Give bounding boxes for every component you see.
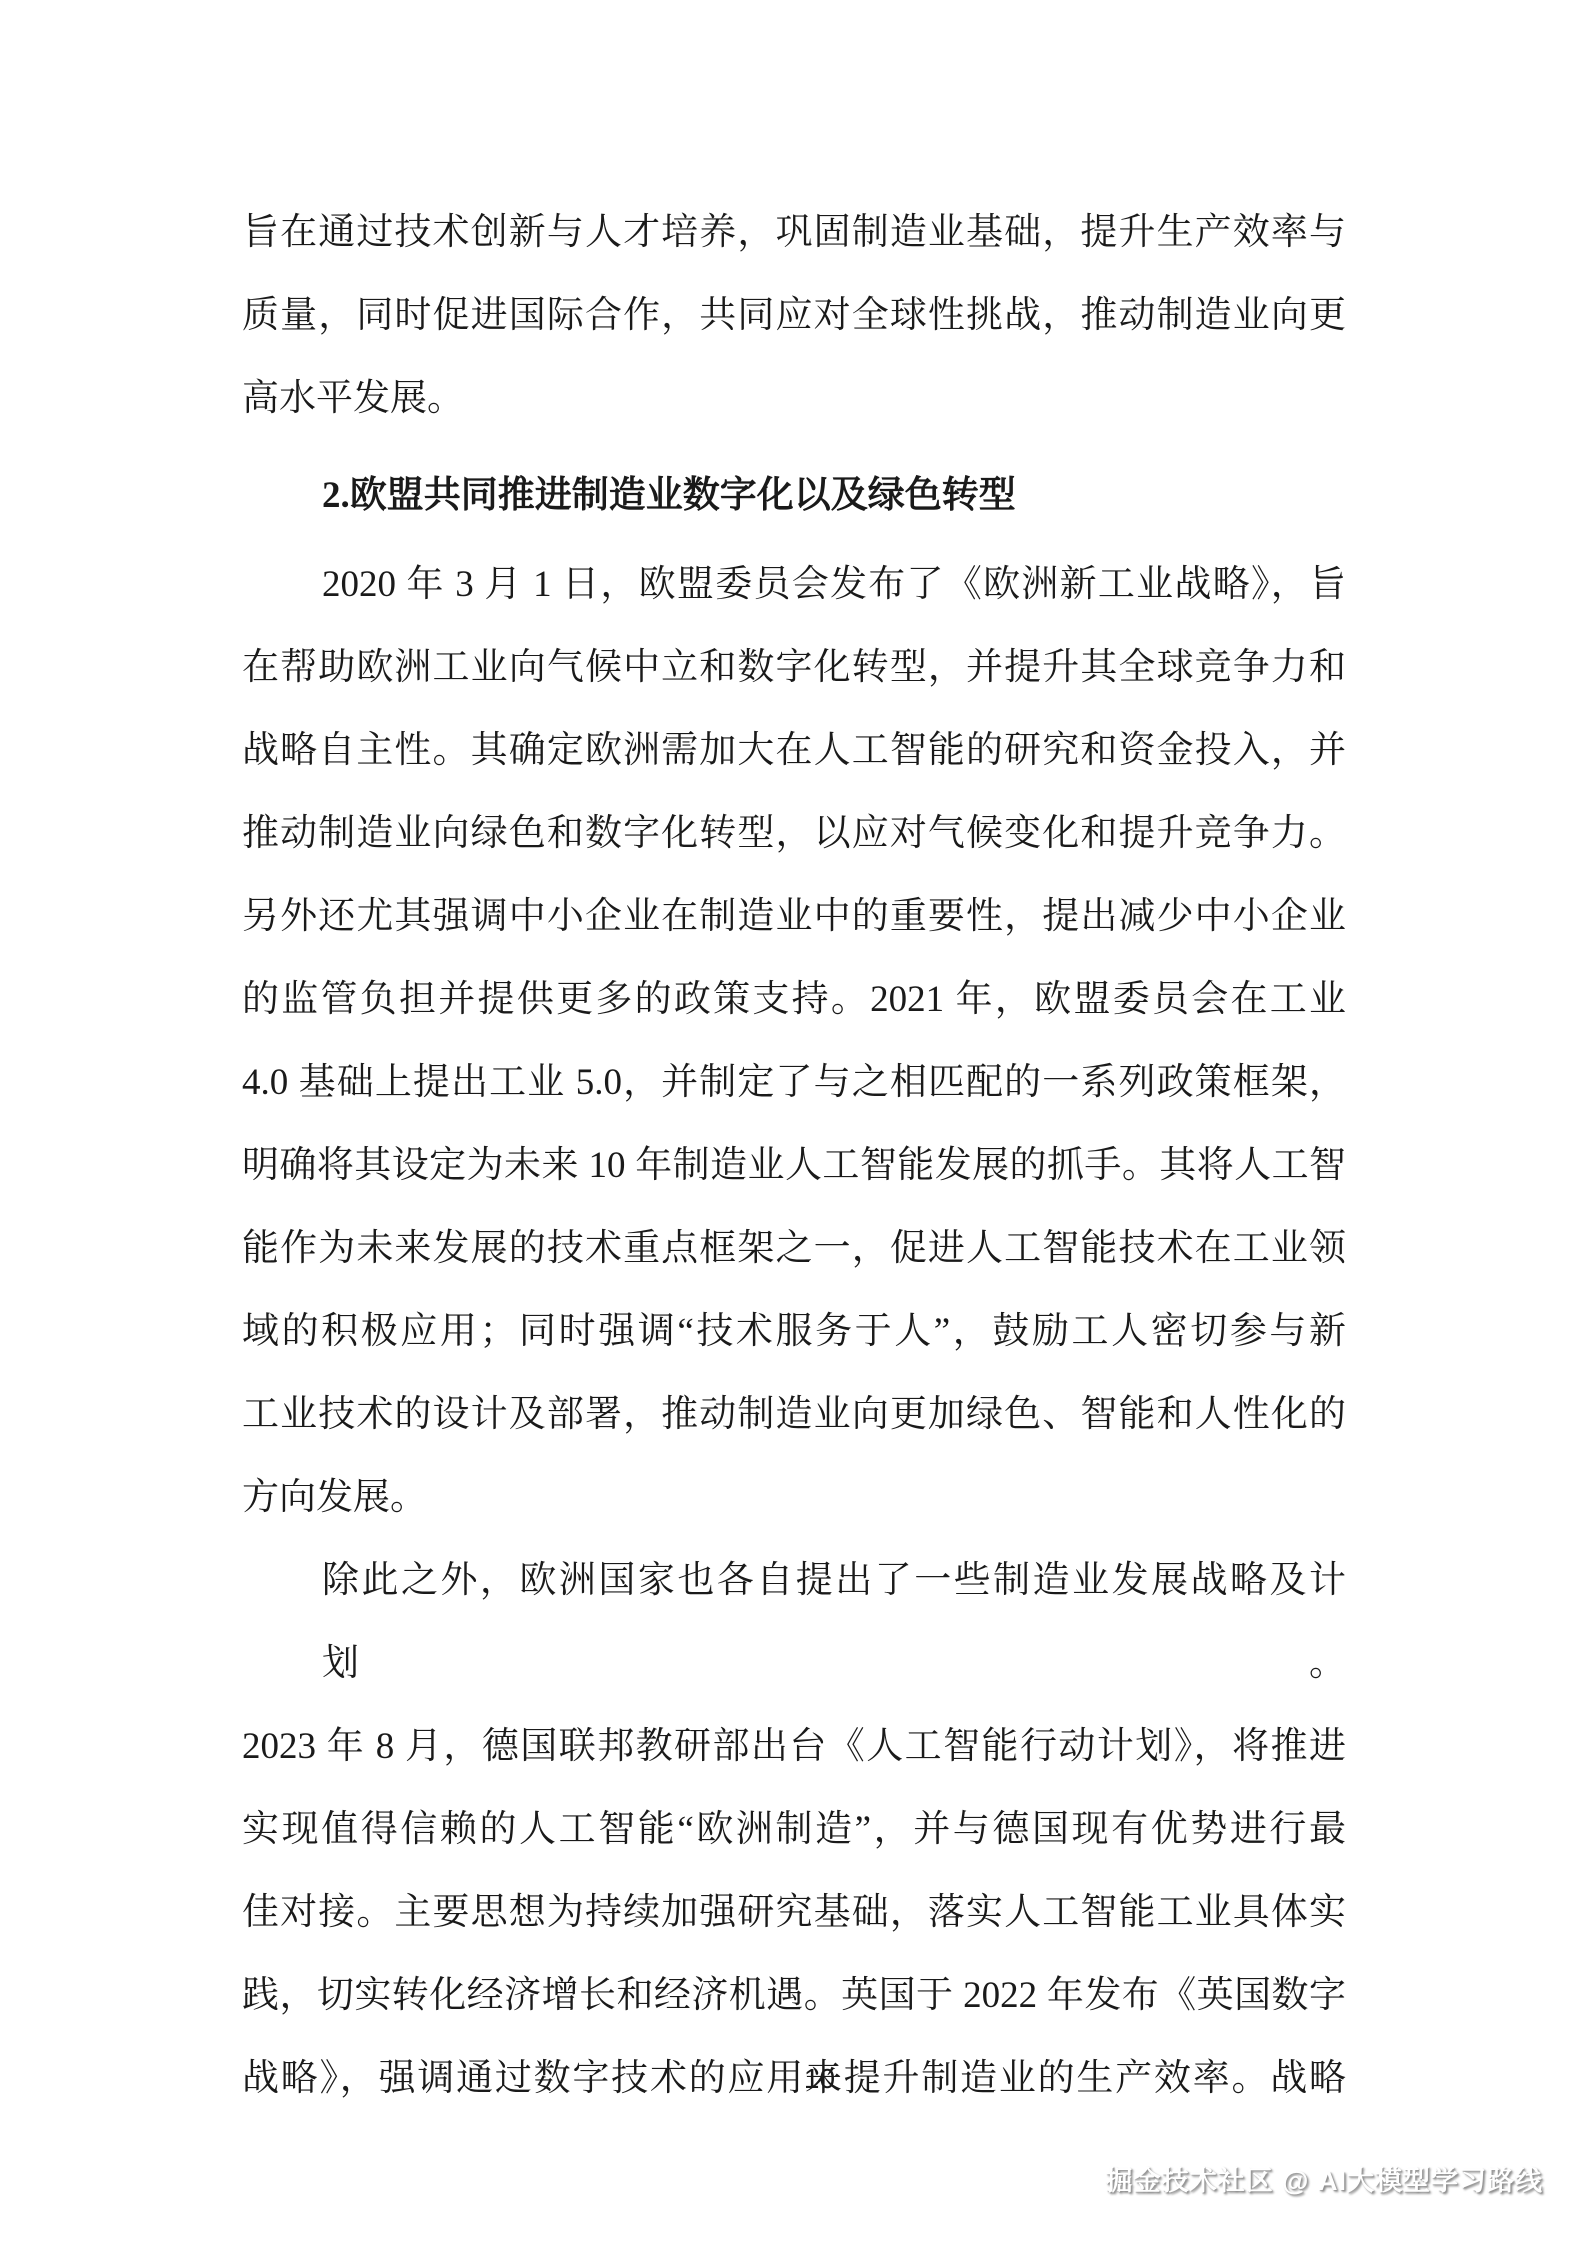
text-line: 工业技术的设计及部署，推动制造业向更加绿色、智能和人性化的 [242,1373,1346,1456]
paragraph: 除此之外，欧洲国家也各自提出了一些制造业发展战略及计划。2023 年 8 月，德… [242,1539,1346,2120]
text-line: 4.0 基础上提出工业 5.0，并制定了与之相匹配的一系列政策框架， [242,1041,1346,1124]
text-line: 战略自主性。其确定欧洲需加大在人工智能的研究和资金投入，并 [242,709,1346,792]
page-number-container: 10 [0,2062,1587,2096]
text-line: 质量，同时促进国际合作，共同应对全球性挑战，推动制造业向更 [242,274,1346,357]
text-line: 实现值得信赖的人工智能“欧洲制造”，并与德国现有优势进行最 [242,1788,1346,1871]
text-line: 明确将其设定为未来 10 年制造业人工智能发展的抓手。其将人工智 [242,1124,1346,1207]
text-line: 2023 年 8 月，德国联邦教研部出台《人工智能行动计划》，将推进 [242,1705,1346,1788]
text-line: 推动制造业向绿色和数字化转型，以应对气候变化和提升竞争力。 [242,792,1346,875]
watermark: 掘金技术社区 @ AI大模型学习路线 [1106,2164,1543,2198]
text-line: 另外还尤其强调中小企业在制造业中的重要性，提出减少中小企业 [242,875,1346,958]
text-line: 的监管负担并提供更多的政策支持。2021 年，欧盟委员会在工业 [242,958,1346,1041]
body-text: 旨在通过技术创新与人才培养，巩固制造业基础，提升生产效率与质量，同时促进国际合作… [242,191,1346,2120]
text-line: 域的积极应用；同时强调“技术服务于人”，鼓励工人密切参与新 [242,1290,1346,1373]
text-line: 旨在通过技术创新与人才培养，巩固制造业基础，提升生产效率与 [242,191,1346,274]
text-line: 在帮助欧洲工业向气候中立和数字化转型，并提升其全球竞争力和 [242,626,1346,709]
page-number: 10 [804,2063,835,2094]
section-heading: 2.欧盟共同推进制造业数字化以及绿色转型 [242,454,1346,537]
text-line: 践，切实转化经济增长和经济机遇。英国于 2022 年发布《英国数字 [242,1954,1346,2037]
text-line: 能作为未来发展的技术重点框架之一，促进人工智能技术在工业领 [242,1207,1346,1290]
text-line: 佳对接。主要思想为持续加强研究基础，落实人工智能工业具体实 [242,1871,1346,1954]
paragraph: 2020 年 3 月 1 日，欧盟委员会发布了《欧洲新工业战略》，旨在帮助欧洲工… [242,543,1346,1539]
text-line: 2020 年 3 月 1 日，欧盟委员会发布了《欧洲新工业战略》，旨 [242,543,1346,626]
document-page: 旨在通过技术创新与人才培养，巩固制造业基础，提升生产效率与质量，同时促进国际合作… [0,0,1587,2245]
text-line: 方向发展。 [242,1456,1346,1539]
text-line: 除此之外，欧洲国家也各自提出了一些制造业发展战略及计划。 [242,1539,1346,1705]
paragraph: 旨在通过技术创新与人才培养，巩固制造业基础，提升生产效率与质量，同时促进国际合作… [242,191,1346,440]
text-line: 高水平发展。 [242,357,1346,440]
